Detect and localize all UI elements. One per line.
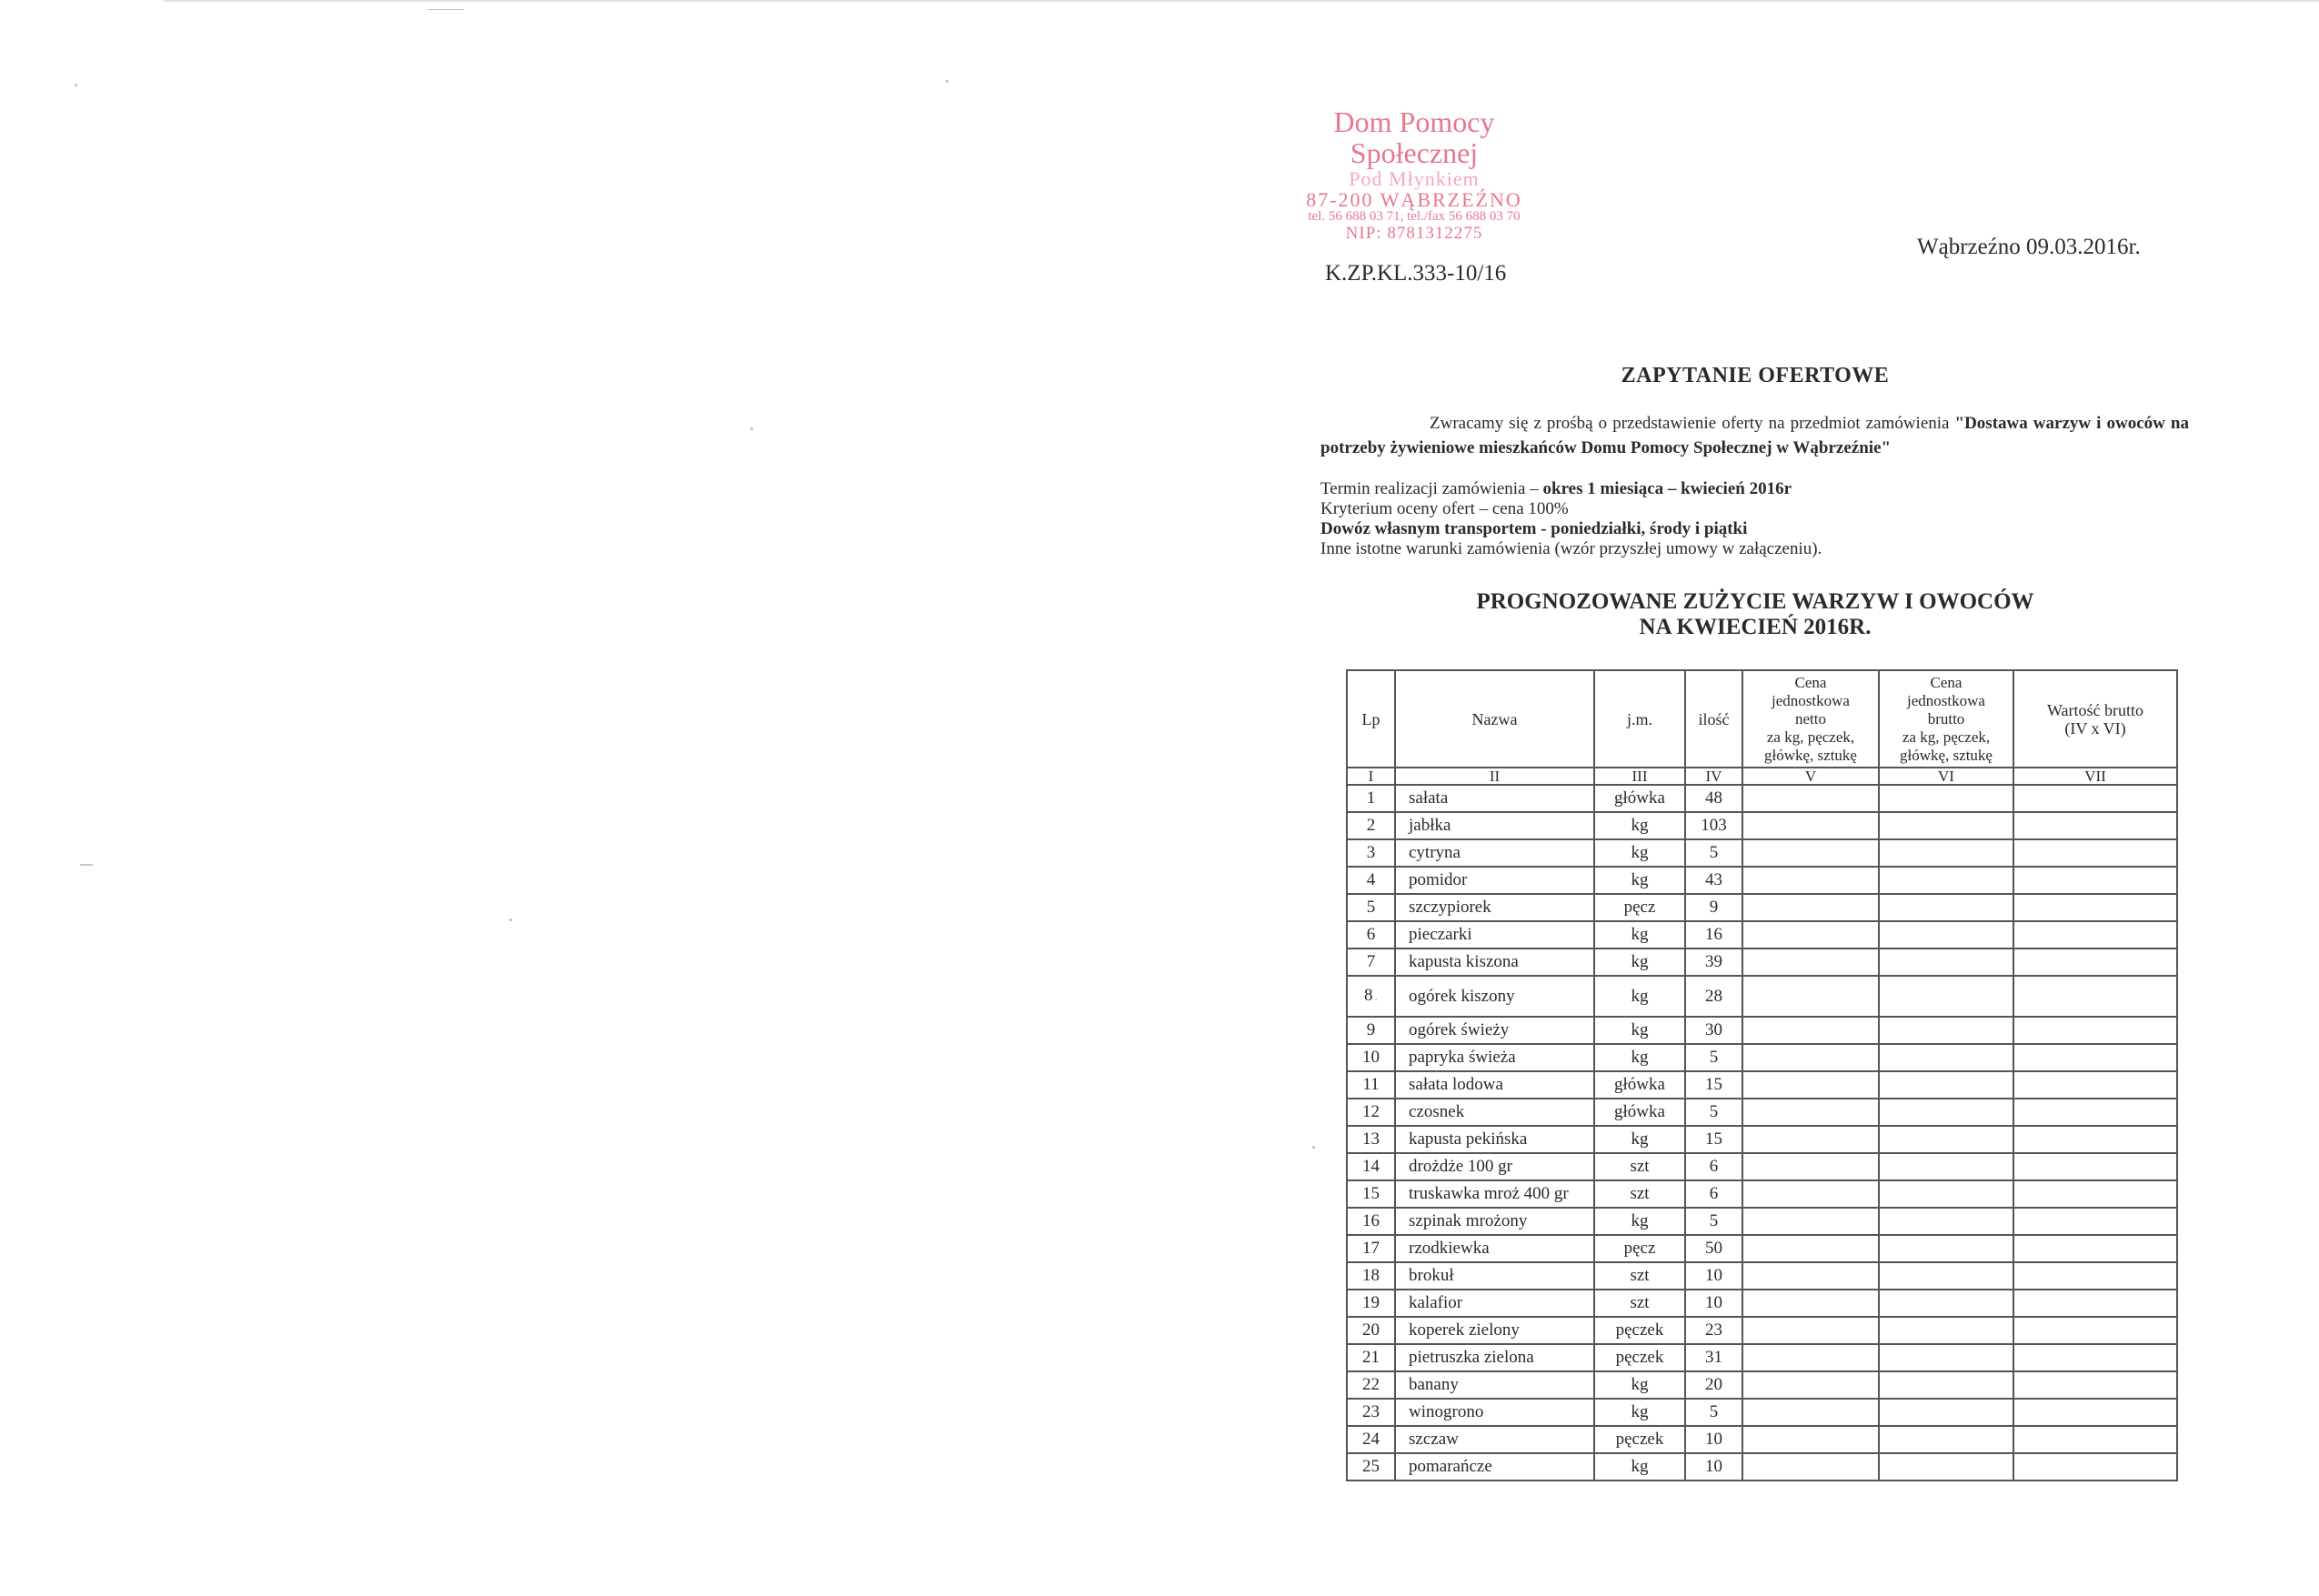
quantity: 20 [1685, 1371, 1742, 1399]
header-col-lp: Lp [1347, 670, 1395, 768]
row-number: 12 [1347, 1099, 1395, 1126]
net-price-cell[interactable] [1742, 1317, 1879, 1344]
net-price-cell[interactable] [1742, 1126, 1879, 1153]
net-price-cell[interactable] [1742, 1426, 1879, 1453]
row-number: 8. [1347, 976, 1395, 1017]
column-number-col-gross-price: VI [1879, 768, 2013, 785]
quantity: 5 [1685, 1399, 1742, 1426]
product-name: koperek zielony [1395, 1317, 1594, 1344]
gross-price-cell[interactable] [1879, 1153, 2013, 1180]
quantity: 50 [1685, 1235, 1742, 1262]
product-name: cytryna [1395, 839, 1594, 867]
unit: pęcz [1594, 894, 1685, 921]
quantity: 31 [1685, 1344, 1742, 1371]
quantity: 15 [1685, 1126, 1742, 1153]
column-number-col-lp: I [1347, 768, 1395, 785]
gross-price-cell[interactable] [1879, 1317, 2013, 1344]
gross-value-cell[interactable] [2013, 1235, 2177, 1262]
unit: kg [1594, 812, 1685, 839]
unit: szt [1594, 1153, 1685, 1180]
product-name: kalafior [1395, 1290, 1594, 1317]
unit: kg [1594, 949, 1685, 976]
header-col-net-price: Cenajednostkowanettoza kg, pęczek,główkę… [1742, 670, 1879, 768]
stamp-postal: 87-200 WĄBRZEŹNO [1269, 189, 1560, 210]
table-row: 20koperek zielonypęczek23 [1347, 1317, 2177, 1344]
row-number: 20 [1347, 1317, 1395, 1344]
net-price-cell[interactable] [1742, 867, 1879, 894]
net-price-cell[interactable] [1742, 976, 1879, 1017]
header-col-unit: j.m. [1594, 670, 1685, 768]
gross-price-cell[interactable] [1879, 1426, 2013, 1453]
gross-value-cell[interactable] [2013, 1262, 2177, 1290]
table-row: 17rzodkiewkapęcz50 [1347, 1235, 2177, 1262]
gross-price-cell[interactable] [1879, 1235, 2013, 1262]
unit: kg [1594, 921, 1685, 949]
scan-edge [164, 0, 2319, 3]
unit: szt [1594, 1262, 1685, 1290]
evaluation-criterion: Kryterium oceny ofert – cena 100% [1320, 499, 2139, 519]
table-row: 5szczypiorekpęcz9 [1347, 894, 2177, 921]
net-price-cell[interactable] [1742, 1208, 1879, 1235]
gross-value-cell[interactable] [2013, 785, 2177, 812]
stamp-name: Dom Pomocy Społecznej [1269, 107, 1560, 168]
product-name: jabłka [1395, 812, 1594, 839]
reference-number: K.ZP.KL.333-10/16 [1325, 261, 1506, 286]
gross-value-cell[interactable] [2013, 1071, 2177, 1099]
realization-value: okres 1 miesiąca – kwiecień 2016r [1543, 479, 1792, 498]
gross-price-cell[interactable] [1879, 1453, 2013, 1481]
unit: pęcz [1594, 1235, 1685, 1262]
product-name: szpinak mrożony [1395, 1208, 1594, 1235]
row-number: 22 [1347, 1371, 1395, 1399]
row-number: 4 [1347, 867, 1395, 894]
net-price-cell[interactable] [1742, 839, 1879, 867]
row-number: 1 [1347, 785, 1395, 812]
gross-price-cell[interactable] [1879, 1071, 2013, 1099]
product-name: kapusta pekińska [1395, 1126, 1594, 1153]
table-header-row: LpNazwaj.m.ilośćCenajednostkowanettoza k… [1347, 670, 2177, 768]
quantity: 16 [1685, 921, 1742, 949]
quantity: 5 [1685, 1208, 1742, 1235]
net-price-cell[interactable] [1742, 1371, 1879, 1399]
net-price-cell[interactable] [1742, 1262, 1879, 1290]
product-name: drożdże 100 gr [1395, 1153, 1594, 1180]
quantity: 10 [1685, 1262, 1742, 1290]
unit: główka [1594, 1071, 1685, 1099]
other-conditions: Inne istotne warunki zamówienia (wzór pr… [1320, 539, 2139, 559]
unit: kg [1594, 1126, 1685, 1153]
table-row: 19kalafiorszt10 [1347, 1290, 2177, 1317]
table-row: 11sałata lodowagłówka15 [1347, 1071, 2177, 1099]
table-row: 13kapusta pekińskakg15 [1347, 1126, 2177, 1153]
product-name: szczypiorek [1395, 894, 1594, 921]
table-row: 3cytrynakg5 [1347, 839, 2177, 867]
gross-value-cell[interactable] [2013, 921, 2177, 949]
document-title: ZAPYTANIE OFERTOWE [1310, 364, 2201, 388]
table-body: 1sałatagłówka482jabłkakg1033cytrynakg54p… [1347, 785, 2177, 1481]
net-price-cell[interactable] [1742, 1044, 1879, 1071]
table-row: 6pieczarkikg16 [1347, 921, 2177, 949]
table-row: 14drożdże 100 grszt6 [1347, 1153, 2177, 1180]
gross-value-cell[interactable] [2013, 839, 2177, 867]
city-date: Wąbrzeźno 09.03.2016r. [1917, 235, 2141, 260]
table-row: 9ogórek świeżykg30 [1347, 1017, 2177, 1044]
gross-price-cell[interactable] [1879, 812, 2013, 839]
quantity: 5 [1685, 839, 1742, 867]
table-row: 10papryka świeżakg5 [1347, 1044, 2177, 1071]
quantity: 6 [1685, 1153, 1742, 1180]
stamp-street: Pod Młynkiem [1269, 168, 1560, 189]
table-row: 21pietruszka zielonapęczek31 [1347, 1344, 2177, 1371]
product-name: banany [1395, 1371, 1594, 1399]
gross-value-cell[interactable] [2013, 1208, 2177, 1235]
gross-price-cell[interactable] [1879, 976, 2013, 1017]
gross-value-cell[interactable] [2013, 1044, 2177, 1071]
column-number-row: IIIIIIIVVVIVII [1347, 768, 2177, 785]
unit: kg [1594, 839, 1685, 867]
row-number: 16 [1347, 1208, 1395, 1235]
unit: główka [1594, 785, 1685, 812]
product-name: brokuł [1395, 1262, 1594, 1290]
scan-speck [750, 427, 753, 430]
gross-price-cell[interactable] [1879, 1044, 2013, 1071]
row-number: 3 [1347, 839, 1395, 867]
header-col-gross-value: Wartość brutto(IV x VI) [2013, 670, 2177, 768]
gross-price-cell[interactable] [1879, 1208, 2013, 1235]
delivery-terms: Dowóz własnym transportem - poniedziałki… [1320, 519, 2139, 539]
net-price-cell[interactable] [1742, 1099, 1879, 1126]
gross-value-cell[interactable] [2013, 1399, 2177, 1426]
net-price-cell[interactable] [1742, 949, 1879, 976]
row-number: 13 [1347, 1126, 1395, 1153]
quantity: 30 [1685, 1017, 1742, 1044]
row-number: 24 [1347, 1426, 1395, 1453]
quantity: 103 [1685, 812, 1742, 839]
unit: kg [1594, 1044, 1685, 1071]
column-number-col-name: II [1395, 768, 1594, 785]
institution-stamp: Dom Pomocy Społecznej Pod Młynkiem 87-20… [1269, 107, 1560, 243]
table-row: 7kapusta kiszonakg39 [1347, 949, 2177, 976]
column-number-col-qty: IV [1685, 768, 1742, 785]
table-title: PROGNOZOWANE ZUŻYCIE WARZYW I OWOCÓW NA … [1437, 589, 2073, 640]
gross-price-cell[interactable] [1879, 1344, 2013, 1371]
unit: kg [1594, 867, 1685, 894]
table-row: 25pomarańczekg10 [1347, 1453, 2177, 1481]
gross-value-cell[interactable] [2013, 1317, 2177, 1344]
row-number: 17 [1347, 1235, 1395, 1262]
table-title-line1: PROGNOZOWANE ZUŻYCIE WARZYW I OWOCÓW [1437, 589, 2073, 615]
unit: szt [1594, 1290, 1685, 1317]
row-number: 5 [1347, 894, 1395, 921]
unit: pęczek [1594, 1426, 1685, 1453]
net-price-cell[interactable] [1742, 1235, 1879, 1262]
header-col-qty: ilość [1685, 670, 1742, 768]
gross-value-cell[interactable] [2013, 1426, 2177, 1453]
gross-price-cell[interactable] [1879, 921, 2013, 949]
unit: kg [1594, 976, 1685, 1017]
row-number: 11 [1347, 1071, 1395, 1099]
scan-speck [1312, 1146, 1315, 1149]
realization-label: Termin realizacji zamówienia – [1320, 479, 1543, 498]
gross-price-cell[interactable] [1879, 894, 2013, 921]
scan-mark [427, 9, 464, 14]
quantity: 10 [1685, 1426, 1742, 1453]
product-name: czosnek [1395, 1099, 1594, 1126]
gross-value-cell[interactable] [2013, 1017, 2177, 1044]
gross-value-cell[interactable] [2013, 812, 2177, 839]
row-number: 19 [1347, 1290, 1395, 1317]
gross-value-cell[interactable] [2013, 1453, 2177, 1481]
gross-price-cell[interactable] [1879, 1126, 2013, 1153]
gross-price-cell[interactable] [1879, 949, 2013, 976]
realization-term: Termin realizacji zamówienia – okres 1 m… [1320, 479, 2139, 499]
gross-value-cell[interactable] [2013, 1153, 2177, 1180]
product-name: pomidor [1395, 867, 1594, 894]
product-name: pieczarki [1395, 921, 1594, 949]
table-row: 15truskawka mroż 400 grszt6 [1347, 1180, 2177, 1208]
net-price-cell[interactable] [1742, 1180, 1879, 1208]
net-price-cell[interactable] [1742, 1017, 1879, 1044]
quantity: 10 [1685, 1290, 1742, 1317]
gross-price-cell[interactable] [1879, 839, 2013, 867]
row-number: 14 [1347, 1153, 1395, 1180]
net-price-cell[interactable] [1742, 1290, 1879, 1317]
product-name: ogórek kiszony [1395, 976, 1594, 1017]
row-number: 25 [1347, 1453, 1395, 1481]
gross-price-cell[interactable] [1879, 1290, 2013, 1317]
product-name: truskawka mroż 400 gr [1395, 1180, 1594, 1208]
column-number-col-net-price: V [1742, 768, 1879, 785]
gross-value-cell[interactable] [2013, 976, 2177, 1017]
net-price-cell[interactable] [1742, 1071, 1879, 1099]
product-name: winogrono [1395, 1399, 1594, 1426]
product-name: ogórek świeży [1395, 1017, 1594, 1044]
stamp-nip: NIP: 8781312275 [1269, 225, 1560, 243]
table-row: 22bananykg20 [1347, 1371, 2177, 1399]
product-name: sałata lodowa [1395, 1071, 1594, 1099]
unit: kg [1594, 1453, 1685, 1481]
quantity: 5 [1685, 1099, 1742, 1126]
product-name: szczaw [1395, 1426, 1594, 1453]
table-row: 24szczawpęczek10 [1347, 1426, 2177, 1453]
net-price-cell[interactable] [1742, 894, 1879, 921]
header-col-name: Nazwa [1395, 670, 1594, 768]
gross-value-cell[interactable] [2013, 949, 2177, 976]
net-price-cell[interactable] [1742, 1453, 1879, 1481]
quantity: 39 [1685, 949, 1742, 976]
table-row: 18brokułszt10 [1347, 1262, 2177, 1290]
gross-price-cell[interactable] [1879, 1180, 2013, 1208]
gross-value-cell[interactable] [2013, 867, 2177, 894]
row-number: 2 [1347, 812, 1395, 839]
gross-value-cell[interactable] [2013, 1290, 2177, 1317]
header-col-gross-price: Cenajednostkowabruttoza kg, pęczek,główk… [1879, 670, 2013, 768]
quantity: 5 [1685, 1044, 1742, 1071]
row-number: 21 [1347, 1344, 1395, 1371]
gross-value-cell[interactable] [2013, 1180, 2177, 1208]
product-name: pietruszka zielona [1395, 1344, 1594, 1371]
table-row: 8.ogórek kiszonykg28 [1347, 976, 2177, 1017]
quantity: 43 [1685, 867, 1742, 894]
column-number-col-gross-value: VII [2013, 768, 2177, 785]
gross-value-cell[interactable] [2013, 1344, 2177, 1371]
unit: pęczek [1594, 1317, 1685, 1344]
gross-value-cell[interactable] [2013, 1371, 2177, 1399]
gross-value-cell[interactable] [2013, 1126, 2177, 1153]
net-price-cell[interactable] [1742, 1399, 1879, 1426]
gross-price-cell[interactable] [1879, 1017, 2013, 1044]
row-number: 9 [1347, 1017, 1395, 1044]
quantity: 48 [1685, 785, 1742, 812]
table-row: 23winogronokg5 [1347, 1399, 2177, 1426]
table-row: 4pomidorkg43 [1347, 867, 2177, 894]
quantity: 6 [1685, 1180, 1742, 1208]
row-number: 6 [1347, 921, 1395, 949]
unit: pęczek [1594, 1344, 1685, 1371]
quantity: 10 [1685, 1453, 1742, 1481]
quantity: 23 [1685, 1317, 1742, 1344]
forecast-table: LpNazwaj.m.ilośćCenajednostkowanettoza k… [1346, 669, 2178, 1481]
row-number: 18 [1347, 1262, 1395, 1290]
gross-price-cell[interactable] [1879, 1371, 2013, 1399]
unit: kg [1594, 1371, 1685, 1399]
intro-text: Zwracamy się z prośbą o przedstawienie o… [1430, 414, 1955, 433]
stamp-phone: tel. 56 688 03 71, tel./fax 56 688 03 70 [1269, 210, 1560, 225]
table-row: 1sałatagłówka48 [1347, 785, 2177, 812]
row-number: 10 [1347, 1044, 1395, 1071]
gross-price-cell[interactable] [1879, 1262, 2013, 1290]
row-number: 23 [1347, 1399, 1395, 1426]
scan-mark [80, 864, 93, 866]
gross-value-cell[interactable] [2013, 1099, 2177, 1126]
net-price-cell[interactable] [1742, 921, 1879, 949]
column-number-col-unit: III [1594, 768, 1685, 785]
gross-price-cell[interactable] [1879, 1399, 2013, 1426]
gross-value-cell[interactable] [2013, 894, 2177, 921]
scan-speck: . [1375, 990, 1379, 1004]
table-title-line2: NA KWIECIEŃ 2016R. [1437, 615, 2073, 640]
table-row: 12czosnekgłówka5 [1347, 1099, 2177, 1126]
net-price-cell[interactable] [1742, 812, 1879, 839]
product-name: kapusta kiszona [1395, 949, 1594, 976]
quantity: 9 [1685, 894, 1742, 921]
unit: kg [1594, 1017, 1685, 1044]
product-name: sałata [1395, 785, 1594, 812]
scan-speck [509, 918, 512, 921]
row-number: 15 [1347, 1180, 1395, 1208]
gross-price-cell[interactable] [1879, 785, 2013, 812]
gross-price-cell[interactable] [1879, 1099, 2013, 1126]
row-number: 7 [1347, 949, 1395, 976]
quantity: 15 [1685, 1071, 1742, 1099]
table-row: 16szpinak mrożonykg5 [1347, 1208, 2177, 1235]
scan-speck [946, 80, 949, 83]
table-row: 2jabłkakg103 [1347, 812, 2177, 839]
unit: kg [1594, 1399, 1685, 1426]
product-name: rzodkiewka [1395, 1235, 1594, 1262]
unit: kg [1594, 1208, 1685, 1235]
net-price-cell[interactable] [1742, 785, 1879, 812]
unit: główka [1594, 1099, 1685, 1126]
quantity: 28 [1685, 976, 1742, 1017]
net-price-cell[interactable] [1742, 1344, 1879, 1371]
unit: szt [1594, 1180, 1685, 1208]
scan-speck [75, 84, 77, 86]
net-price-cell[interactable] [1742, 1153, 1879, 1180]
product-name: pomarańcze [1395, 1453, 1594, 1481]
gross-price-cell[interactable] [1879, 867, 2013, 894]
product-name: papryka świeża [1395, 1044, 1594, 1071]
intro-paragraph: Zwracamy się z prośbą o przedstawienie o… [1320, 411, 2189, 460]
order-terms: Termin realizacji zamówienia – okres 1 m… [1320, 479, 2139, 559]
